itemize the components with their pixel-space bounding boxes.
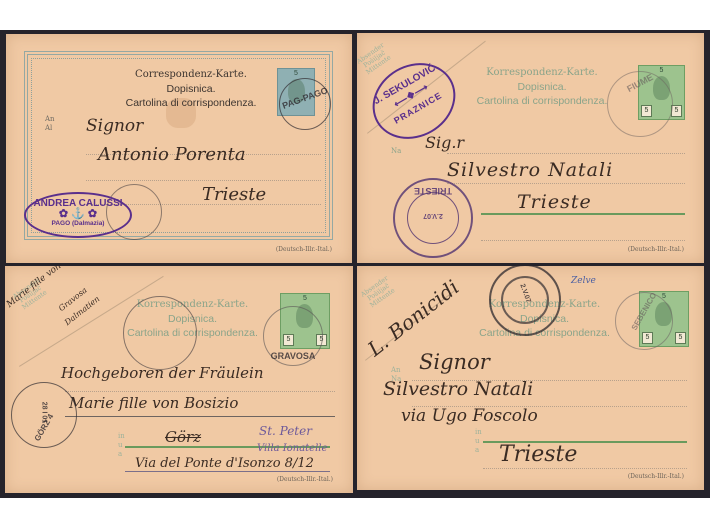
address-line-2: Silvestro Natali bbox=[447, 159, 613, 181]
label-in: inua bbox=[118, 432, 125, 459]
title-german: Correspondenz-Karte. bbox=[101, 68, 281, 82]
title-italian: Cartolina di corrispondenza. bbox=[101, 96, 281, 110]
postcard-top-right: AbsenderPošiljačMittente Korrespondenz-K… bbox=[357, 33, 704, 263]
address-forward-2: Villa Ionatelle bbox=[257, 443, 327, 454]
trieste-postmark: 2.V.07 bbox=[489, 266, 561, 336]
address-line-1: Sig.r bbox=[425, 133, 464, 152]
label-na: Na bbox=[391, 147, 401, 156]
address-line bbox=[125, 471, 330, 472]
card-title: Korrespondenz-Karte. Dopisnica. Cartolin… bbox=[462, 66, 622, 108]
corner-note: Zelve bbox=[571, 276, 596, 286]
address-line bbox=[65, 416, 335, 417]
address-line bbox=[86, 180, 321, 181]
address-line-2: Antonio Porenta bbox=[98, 144, 246, 165]
green-rule bbox=[481, 213, 685, 215]
sender-label: AbsenderPošiljačMittente bbox=[360, 275, 398, 310]
address-line-2: Silvestro Natali bbox=[383, 378, 533, 400]
printer-note: (Deutsch-Illr.-Ital.) bbox=[628, 473, 684, 480]
postmark: PAG-PAGO bbox=[279, 78, 331, 130]
address-line-2: Marie fille von Bosizio bbox=[69, 394, 238, 412]
printer-note: (Deutsch-Illr.-Ital.) bbox=[628, 246, 684, 253]
printer-note: (Deutsch-Illr.-Ital.) bbox=[276, 246, 332, 253]
postcard-top-left: Correspondenz-Karte. Dopisnica. Cartolin… bbox=[6, 34, 352, 263]
address-line-1: Signor bbox=[419, 350, 490, 374]
label-an: AnAl bbox=[45, 115, 55, 133]
address-line bbox=[481, 240, 685, 241]
transit-postmark bbox=[123, 296, 197, 370]
arrival-postmark: TRIESTE 2.V.07 bbox=[393, 178, 473, 258]
address-line-4: Via del Ponte d'Isonzo 8/12 bbox=[135, 456, 314, 471]
address-line-1: Hochgeboren der Fräulein bbox=[61, 364, 264, 382]
postcard-bottom-right: AbsenderPošiljačMittente L. Bonicidi Zel… bbox=[357, 266, 704, 490]
gorz-postmark: GÖRZ 4 28 I 01 bbox=[11, 382, 77, 448]
address-line bbox=[447, 153, 685, 154]
printer-note: (Deutsch-Illr.-Ital.) bbox=[277, 476, 333, 483]
postmark: SEBENICO bbox=[615, 292, 673, 350]
sender-stamp: ANDREA CALUSSI ✿ ⚓ ✿ PAGO (Dalmazia) bbox=[24, 192, 132, 238]
sender-label: AbsenderPošiljačMittente bbox=[357, 42, 394, 77]
address-line-3: Trieste bbox=[517, 191, 592, 213]
anchor-icon: ✿ ⚓ ✿ bbox=[26, 209, 130, 220]
address-line bbox=[65, 391, 335, 392]
address-line bbox=[447, 183, 685, 184]
label-in: inua bbox=[475, 428, 482, 455]
address-line-4: Trieste bbox=[499, 442, 577, 467]
card-title: Correspondenz-Karte. Dopisnica. Cartolin… bbox=[101, 68, 281, 110]
address-line-3: Görz bbox=[165, 428, 201, 446]
address-forward-1: St. Peter bbox=[259, 424, 312, 438]
postmark: GRAVOSA bbox=[263, 306, 323, 366]
postmark: FIUME bbox=[607, 71, 673, 137]
address-line-3: via Ugo Foscolo bbox=[401, 406, 538, 426]
stamp-value: 5 bbox=[278, 70, 314, 77]
title-croatian: Dopisnica. bbox=[101, 82, 281, 96]
address-line-3: Trieste bbox=[202, 184, 266, 205]
address-line-1: Signor bbox=[86, 116, 143, 136]
postcard-bottom-left: AbsenderPošiljačMittente Marie fille von… bbox=[5, 266, 353, 493]
address-line bbox=[483, 468, 687, 469]
